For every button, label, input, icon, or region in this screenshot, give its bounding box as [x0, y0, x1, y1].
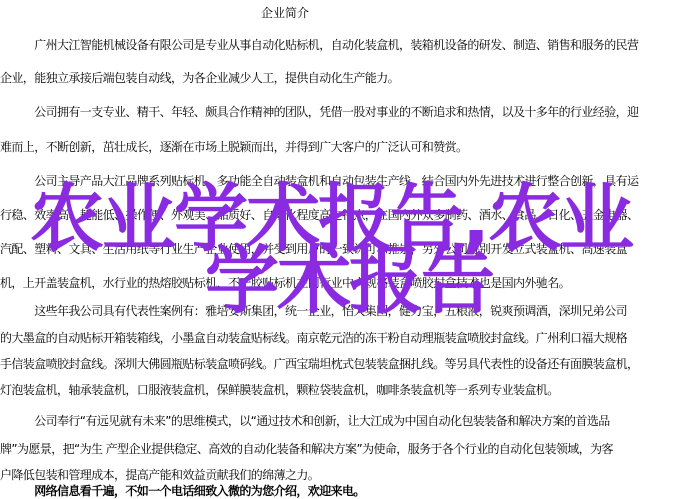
paragraph-line: 广州大江智能机械设备有限公司是专业从事自动化贴标机，自动化装盒机，装箱机设备的研…: [0, 38, 698, 52]
paragraph-line: 企业，能独立承接后端包装自动线，为各企业减少人工，提供自动化生产能力。: [0, 71, 698, 85]
paragraph-line: 灯泡装盒机，轴承装盒机，口服液装盒机，保鲜膜装盒机，颗粒袋装盒机，咖啡条装盒机等…: [0, 383, 698, 397]
watermark-overlay-line-2: 学术报告: [205, 244, 493, 318]
paragraph-line: 手信装盒喷胶封盒线。深圳大佛圆瓶贴标装盒喷码线。广西宝瑞坦枕式包装装盒捆扎线。等…: [0, 357, 698, 371]
page-title: 企业简介: [0, 6, 570, 20]
closing-line: 网络信息看千遍，不如一个电话细致入微的为您介绍，欢迎来电。: [0, 484, 698, 498]
paragraph-line: 户降低包装和管理成本，提高产能和效益贡献我们的绵薄之力。: [0, 468, 698, 482]
paragraph-line: 难而上，不断创新，茁壮成长，逐渐在市场上脱颖而出，并得到广大客户的广泛认可和赞赏…: [0, 140, 698, 154]
paragraph-line: 公司拥有一支专业、精干、年轻、颇具合作精神的团队，凭借一股对事业的不断追求和热情…: [0, 105, 698, 119]
paragraph-line: 的大墨盒的自动贴标开箱装箱线，小墨盒自动装盒贴标线。南京乾元浩的冻干粉自动理瓶装…: [0, 331, 698, 345]
paragraph-line: 牌”为愿景，把“为生 产型企业提供稳定、高效的自动化装备和解决方案”为使命，服务…: [0, 442, 698, 456]
paragraph-line: 公司奉行“有远见就有未来”的思维模式，以“通过技术和创新，让大江成为中国自动化包…: [0, 414, 698, 428]
